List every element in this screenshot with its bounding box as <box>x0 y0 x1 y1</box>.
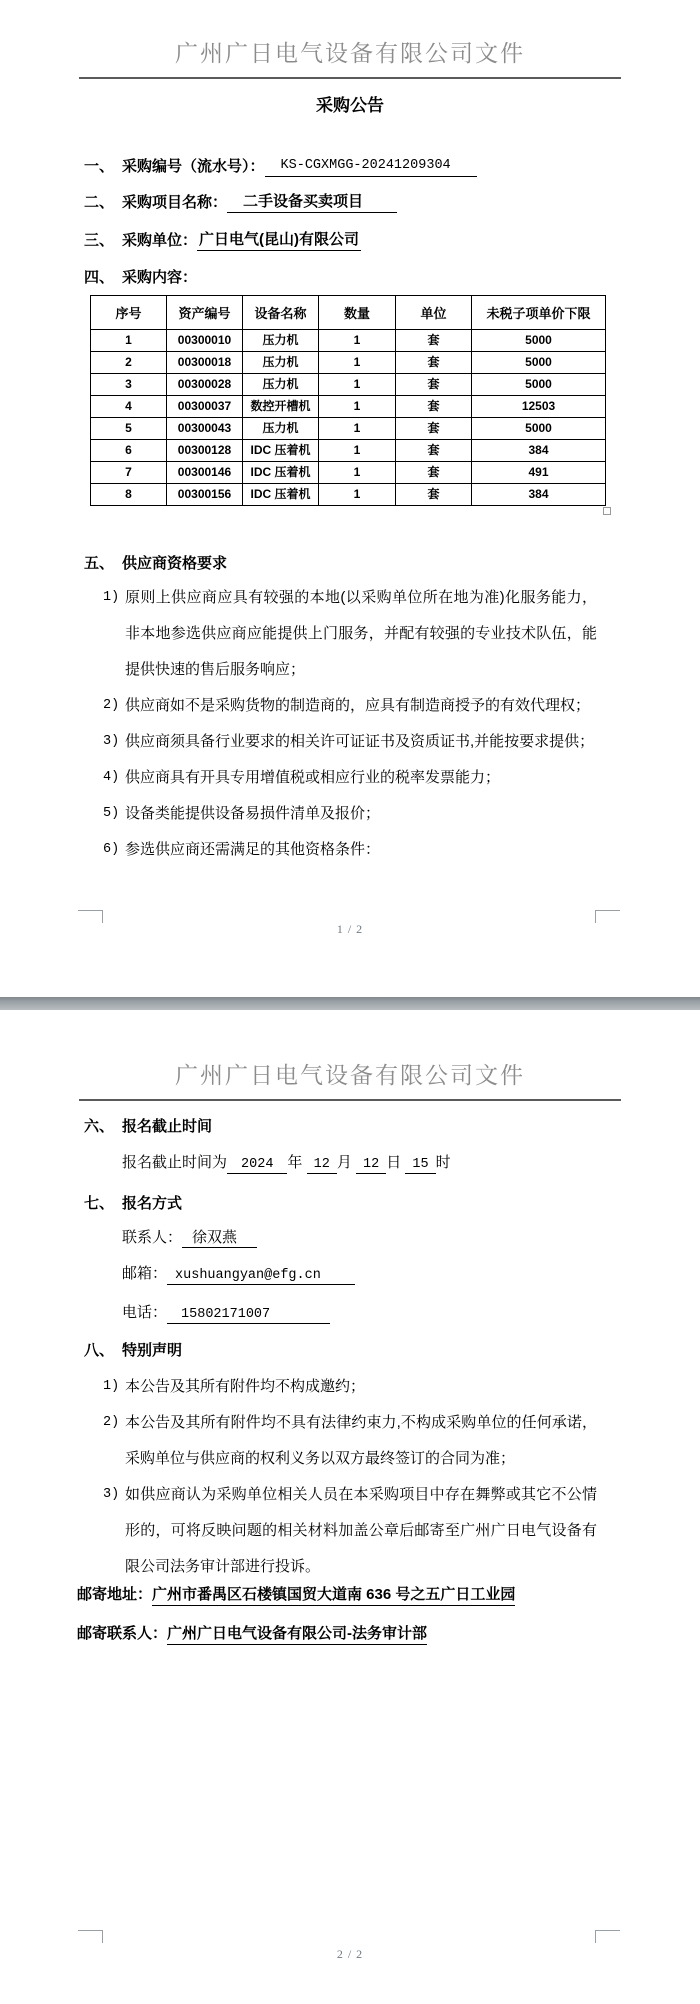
list-item-marker: 5) <box>103 796 125 832</box>
section-8-number: 八、 <box>84 1341 122 1361</box>
section-3-number: 三、 <box>84 231 122 251</box>
list-item: 3) 供应商须具备行业要求的相关许可证证书及资质证书,并能按要求提供； <box>77 724 623 760</box>
list-item-marker: 1) <box>103 580 125 688</box>
mail-address-value: 广州市番禺区石楼镇国贸大道南 636 号之五广日工业园 <box>152 1585 515 1606</box>
list-item-text: 供应商须具备行业要求的相关许可证证书及资质证书,并能按要求提供； <box>125 724 623 760</box>
table-cell: 12503 <box>472 396 606 418</box>
deadline-day-unit: 日 <box>386 1154 401 1171</box>
table-cell: 1 <box>319 418 396 440</box>
table-cell: 00300028 <box>167 374 243 396</box>
procurement-number-value: KS-CGXMGG-20241209304 <box>265 157 477 177</box>
section-5-number: 五、 <box>84 554 122 574</box>
deadline-year-value: 2024 <box>227 1156 287 1174</box>
list-item: 1) 本公告及其所有附件均不构成邀约； <box>77 1369 623 1405</box>
table-cell: 5000 <box>472 418 606 440</box>
table-cell: 3 <box>91 374 167 396</box>
section-2: 二、 采购项目名称： 二手设备买卖项目 <box>77 193 623 213</box>
section-7: 七、 报名方式 <box>77 1194 623 1214</box>
section-8-label: 特别声明 <box>122 1341 182 1361</box>
section-5: 五、 供应商资格要求 <box>77 554 623 574</box>
section-1-label: 采购编号（流水号）： <box>122 157 265 177</box>
procurement-table: 序号 资产编号 设备名称 数量 单位 未税子项单价下限 1 00300010 压… <box>90 295 606 506</box>
contact-label: 联系人： <box>122 1229 182 1246</box>
table-row: 5 00300043 压力机 1 套 5000 <box>91 418 606 440</box>
email-line: 邮箱：xushuangyan@efg.cn <box>122 1264 623 1285</box>
list-item-marker: 3) <box>103 1477 125 1585</box>
phone-value: 15802171007 <box>167 1306 330 1324</box>
table-row: 1 00300010 压力机 1 套 5000 <box>91 330 606 352</box>
section-4-label: 采购内容： <box>122 268 197 288</box>
table-header-cell: 数量 <box>319 296 396 330</box>
table-cell: 00300156 <box>167 484 243 506</box>
list-item-text: 本公告及其所有附件均不构成邀约； <box>125 1369 623 1405</box>
phone-label: 电话： <box>122 1304 167 1321</box>
company-header: 广州广日电气设备有限公司文件 <box>77 1062 623 1090</box>
supplier-requirements-list: 1) 原则上供应商应具有较强的本地(以采购单位所在地为准)化服务能力，非本地参选… <box>77 580 623 868</box>
phone-line: 电话：15802171007 <box>122 1303 623 1324</box>
table-cell: 1 <box>319 462 396 484</box>
project-name-value: 二手设备买卖项目 <box>227 193 397 213</box>
page-number: 1 / 2 <box>0 922 700 937</box>
list-item-marker: 3) <box>103 724 125 760</box>
deadline-month-unit: 月 <box>337 1154 352 1171</box>
table-header-cell: 单位 <box>396 296 472 330</box>
crop-mark-bottom-right-icon <box>595 1930 620 1943</box>
table-cell: 00300043 <box>167 418 243 440</box>
table-cell: IDC 压着机 <box>243 440 319 462</box>
table-resize-handle[interactable] <box>603 507 611 515</box>
list-item-text: 本公告及其所有附件均不具有法律约束力,不构成采购单位的任何承诺，采购单位与供应商… <box>125 1405 623 1477</box>
table-cell: 压力机 <box>243 352 319 374</box>
table-cell: 5000 <box>472 330 606 352</box>
table-cell: 套 <box>396 462 472 484</box>
email-label: 邮箱： <box>122 1265 167 1282</box>
table-cell: 1 <box>319 330 396 352</box>
section-6-label: 报名截止时间 <box>122 1117 212 1137</box>
email-value: xushuangyan@efg.cn <box>167 1267 355 1285</box>
page-separator <box>0 997 700 1010</box>
table-row: 3 00300028 压力机 1 套 5000 <box>91 374 606 396</box>
table-cell: 套 <box>396 418 472 440</box>
table-cell: 套 <box>396 440 472 462</box>
table-row: 6 00300128 IDC 压着机 1 套 384 <box>91 440 606 462</box>
list-item-text: 参选供应商还需满足的其他资格条件： <box>125 832 623 868</box>
list-item-text: 供应商如不是采购货物的制造商的，应具有制造商授予的有效代理权； <box>125 688 623 724</box>
contact-line: 联系人：徐双燕 <box>122 1228 623 1248</box>
table-row: 4 00300037 数控开槽机 1 套 12503 <box>91 396 606 418</box>
section-7-number: 七、 <box>84 1194 122 1214</box>
table-cell: 1 <box>319 352 396 374</box>
table-row: 7 00300146 IDC 压着机 1 套 491 <box>91 462 606 484</box>
section-6: 六、 报名截止时间 <box>77 1117 623 1137</box>
table-cell: 套 <box>396 396 472 418</box>
table-cell: 2 <box>91 352 167 374</box>
table-cell: 7 <box>91 462 167 484</box>
deadline-month-value: 12 <box>307 1156 337 1174</box>
list-item: 1) 原则上供应商应具有较强的本地(以采购单位所在地为准)化服务能力，非本地参选… <box>77 580 623 688</box>
list-item: 5) 设备类能提供设备易损件清单及报价； <box>77 796 623 832</box>
deadline-day-value: 12 <box>356 1156 386 1174</box>
section-5-label: 供应商资格要求 <box>122 554 227 574</box>
mail-address-label: 邮寄地址： <box>77 1585 152 1606</box>
table-cell: IDC 压着机 <box>243 484 319 506</box>
purchasing-unit-value: 广日电气(昆山)有限公司 <box>197 231 361 251</box>
table-cell: 00300018 <box>167 352 243 374</box>
table-cell: 套 <box>396 352 472 374</box>
section-1-number: 一、 <box>84 157 122 177</box>
list-item-marker: 2) <box>103 688 125 724</box>
table-cell: 数控开槽机 <box>243 396 319 418</box>
table-header-cell: 序号 <box>91 296 167 330</box>
table-cell: 1 <box>319 484 396 506</box>
section-2-number: 二、 <box>84 193 122 213</box>
deadline-hour-value: 15 <box>405 1156 435 1174</box>
deadline-prefix: 报名截止时间为 <box>122 1154 227 1171</box>
table-cell: 384 <box>472 484 606 506</box>
table-row: 8 00300156 IDC 压着机 1 套 384 <box>91 484 606 506</box>
mail-contact-label: 邮寄联系人： <box>77 1624 167 1645</box>
table-cell: 压力机 <box>243 418 319 440</box>
table-cell: 4 <box>91 396 167 418</box>
list-item: 4) 供应商具有开具专用增值税或相应行业的税率发票能力； <box>77 760 623 796</box>
section-6-number: 六、 <box>84 1117 122 1137</box>
table-cell: 套 <box>396 330 472 352</box>
list-item-marker: 6) <box>103 832 125 868</box>
section-1: 一、 采购编号（流水号）： KS-CGXMGG-20241209304 <box>77 157 623 177</box>
list-item-text: 设备类能提供设备易损件清单及报价； <box>125 796 623 832</box>
list-item: 2) 供应商如不是采购货物的制造商的，应具有制造商授予的有效代理权； <box>77 688 623 724</box>
list-item: 3) 如供应商认为采购单位相关人员在本采购项目中存在舞弊或其它不公情形的，可将反… <box>77 1477 623 1585</box>
table-row: 2 00300018 压力机 1 套 5000 <box>91 352 606 374</box>
special-statement-list: 1) 本公告及其所有附件均不构成邀约； 2) 本公告及其所有附件均不具有法律约束… <box>77 1369 623 1585</box>
crop-mark-bottom-left-icon <box>78 1930 103 1943</box>
table-cell: 压力机 <box>243 330 319 352</box>
mail-address-line: 邮寄地址： 广州市番禺区石楼镇国贸大道南 636 号之五广日工业园 <box>77 1585 623 1606</box>
list-item: 6) 参选供应商还需满足的其他资格条件： <box>77 832 623 868</box>
table-cell: 00300010 <box>167 330 243 352</box>
page-number: 2 / 2 <box>0 1947 700 1962</box>
deadline-line: 报名截止时间为2024年 12月 12日 15时 <box>122 1153 623 1174</box>
table-cell: 8 <box>91 484 167 506</box>
section-7-label: 报名方式 <box>122 1194 182 1214</box>
table-header-cell: 未税子项单价下限 <box>472 296 606 330</box>
table-cell: 491 <box>472 462 606 484</box>
table-cell: 5 <box>91 418 167 440</box>
list-item-marker: 4) <box>103 760 125 796</box>
table-cell: 5000 <box>472 374 606 396</box>
section-8: 八、 特别声明 <box>77 1341 623 1361</box>
table-header-row: 序号 资产编号 设备名称 数量 单位 未税子项单价下限 <box>91 296 606 330</box>
table-cell: 00300037 <box>167 396 243 418</box>
document-page-1: 广州广日电气设备有限公司文件 采购公告 一、 采购编号（流水号）： KS-CGX… <box>0 0 700 997</box>
deadline-hour-unit: 时 <box>436 1154 451 1171</box>
deadline-year-unit: 年 <box>287 1154 302 1171</box>
table-cell: 压力机 <box>243 374 319 396</box>
section-4-number: 四、 <box>84 268 122 288</box>
list-item-text: 原则上供应商应具有较强的本地(以采购单位所在地为准)化服务能力，非本地参选供应商… <box>125 580 623 688</box>
section-2-label: 采购项目名称： <box>122 193 227 213</box>
section-4: 四、 采购内容： <box>77 268 623 288</box>
table-cell: 00300128 <box>167 440 243 462</box>
table-header-cell: 设备名称 <box>243 296 319 330</box>
list-item-text: 如供应商认为采购单位相关人员在本采购项目中存在舞弊或其它不公情形的，可将反映问题… <box>125 1477 623 1585</box>
table-cell: 6 <box>91 440 167 462</box>
header-divider <box>79 1099 621 1101</box>
mail-contact-value: 广州广日电气设备有限公司-法务审计部 <box>167 1624 427 1645</box>
header-divider <box>79 77 621 79</box>
list-item-text: 供应商具有开具专用增值税或相应行业的税率发票能力； <box>125 760 623 796</box>
table-cell: 套 <box>396 374 472 396</box>
section-3: 三、 采购单位： 广日电气(昆山)有限公司 <box>77 231 623 251</box>
table-cell: 1 <box>319 374 396 396</box>
list-item-marker: 2) <box>103 1405 125 1477</box>
table-cell: 00300146 <box>167 462 243 484</box>
list-item-marker: 1) <box>103 1369 125 1405</box>
table-cell: 384 <box>472 440 606 462</box>
table-header-cell: 资产编号 <box>167 296 243 330</box>
table-cell: 1 <box>319 396 396 418</box>
section-3-label: 采购单位： <box>122 231 197 251</box>
table-cell: 1 <box>319 440 396 462</box>
document-page-2: 广州广日电气设备有限公司文件 六、 报名截止时间 报名截止时间为2024年 12… <box>0 1010 700 2004</box>
doc-title: 采购公告 <box>77 95 623 117</box>
mail-contact-line: 邮寄联系人： 广州广日电气设备有限公司-法务审计部 <box>77 1624 623 1645</box>
table-cell: IDC 压着机 <box>243 462 319 484</box>
table-cell: 5000 <box>472 352 606 374</box>
table-cell: 1 <box>91 330 167 352</box>
contact-value: 徐双燕 <box>182 1229 257 1248</box>
table-cell: 套 <box>396 484 472 506</box>
list-item: 2) 本公告及其所有附件均不具有法律约束力,不构成采购单位的任何承诺，采购单位与… <box>77 1405 623 1477</box>
company-header: 广州广日电气设备有限公司文件 <box>77 40 623 68</box>
